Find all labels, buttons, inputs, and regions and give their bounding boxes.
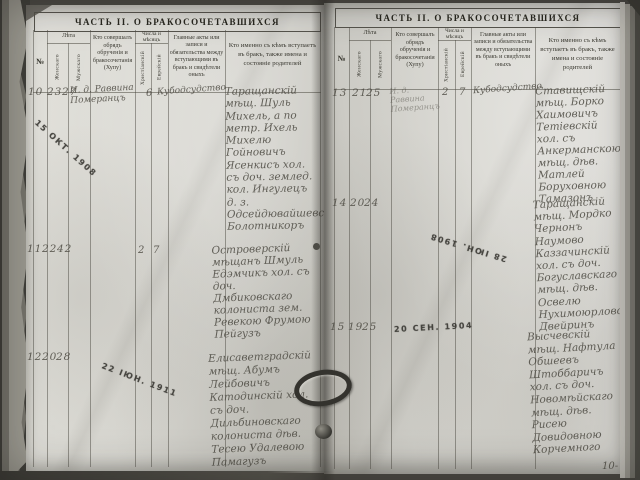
right-page-title: ЧАСТЬ II. О БРАКОСОЧЕТАВШИХСЯ (335, 8, 621, 28)
entry-date-hebrew: 7 (459, 87, 465, 98)
page-number: 10- (602, 461, 618, 472)
entry-age-female: 23 (47, 86, 62, 98)
column-line (151, 43, 152, 467)
right-page: ЧАСТЬ II. О БРАКОСОЧЕТАВШИХСЯ № Лѣта Жен… (324, 3, 622, 474)
col-header-age-female: Женскаго (349, 40, 370, 89)
date-stamp-inverted: 28 ІЮН. 1908 (428, 231, 507, 263)
entry-date: 6 (146, 88, 152, 99)
entry-date-hebrew: 7 (153, 245, 159, 256)
entry-number: 11 (27, 243, 42, 255)
entry-age-male: 25 (362, 321, 377, 333)
bottom-edge-shadow (0, 471, 334, 480)
col-header-date-hebrew: Еврейскій (151, 43, 168, 92)
entry-number: 15 (330, 321, 345, 333)
col-header-number: № (33, 30, 47, 92)
col-header-age-group: Лѣта (47, 33, 90, 39)
left-page-title: ЧАСТЬ II. О БРАКОСОЧЕТАВШИХСЯ (34, 12, 321, 32)
col-header-age-female: Женскаго (47, 43, 68, 92)
col-header-date-hebrew: Еврейскій (455, 40, 471, 89)
left-page: ЧАСТЬ II. О БРАКОСОЧЕТАВШИХСЯ № Лѣта Жен… (26, 5, 324, 473)
entry-age-male: 42 (57, 243, 72, 255)
entry-age-female: 22 (42, 243, 57, 255)
col-header-number: № (334, 27, 349, 89)
col-header-officiant: Кто совершалъ обрядъ обрученія и бракосо… (393, 32, 437, 70)
entry-officiant: И. д. Раввина Померанцъ (389, 83, 443, 114)
col-header-age-group: Лѣта (349, 30, 391, 36)
column-line (68, 43, 69, 467)
col-header-officiant: Кто совершалъ обрядъ обрученія и бракосо… (91, 35, 134, 73)
col-header-age-male: Мужскаго (370, 40, 391, 89)
entry-couple-names: Островерскій мѣщанъ Шмуль Едэмчикъ хол. … (211, 241, 315, 340)
entry-officiant: И. д. Раввина Померанцъ (70, 82, 151, 106)
entry-age-male: 25 (366, 87, 381, 99)
column-line (370, 40, 371, 469)
entry-couple-names: Таращанскій мѣщ. Мордко Чернонъ Наумово … (533, 195, 626, 334)
page-edge-stack (635, 0, 640, 480)
entry-couple-names: Ставищскій мѣщ. Борко Хаимовичъ Тетіевск… (535, 83, 623, 206)
entry-couple-names: Таращанскій мѣщ. Шуль Михель, а по метр.… (225, 84, 319, 233)
entry-number: 12 (27, 351, 42, 363)
entry-date-christian: 2 (138, 245, 144, 256)
entry-number: 13 (332, 87, 347, 99)
date-stamp: 15 ОКТ. 1908 (33, 118, 98, 178)
entry-couple-names: Елисаветградскій мѣщ. Абумъ Лейбовичъ Ка… (208, 349, 316, 470)
entry-number: 14 (332, 197, 347, 209)
binding-hole (313, 243, 320, 250)
col-header-who: Кто именно съ кѣмъ вступаетъ въ бракъ, т… (227, 41, 318, 68)
column-line (455, 40, 456, 469)
scanned-marriage-register-spread: ЧАСТЬ II. О БРАКОСОЧЕТАВШИХСЯ № Лѣта Жен… (0, 0, 640, 480)
col-header-date-group: Числа и мѣсяцъ (135, 32, 168, 44)
col-header-acts: Главные акты или записи и обязательства … (169, 35, 224, 79)
col-header-acts: Главные акты или записи и обязательства … (473, 32, 533, 69)
date-stamp: 22 ІЮН. 1911 (100, 361, 178, 398)
col-header-date-group: Числа и мѣсяцъ (438, 29, 471, 41)
entry-date-christian: 2 (442, 87, 448, 98)
entry-acts: Кубодсудство (473, 82, 538, 96)
column-line (349, 27, 350, 469)
col-header-who: Кто именно съ кѣмъ вступаетъ въ бракъ, т… (537, 36, 618, 72)
entry-number: 10 (28, 86, 43, 98)
entry-age-male: 24 (364, 197, 379, 209)
entry-age-male: 28 (56, 351, 71, 363)
col-header-date-christian: Христіанскій (438, 40, 455, 89)
binder-bolt (315, 424, 332, 439)
date-stamp: 20 СЕН. 1904 (394, 321, 474, 334)
entry-couple-names: Высчевскій мѣщ. Нафтула Обшеевъ Штоббари… (527, 327, 623, 457)
